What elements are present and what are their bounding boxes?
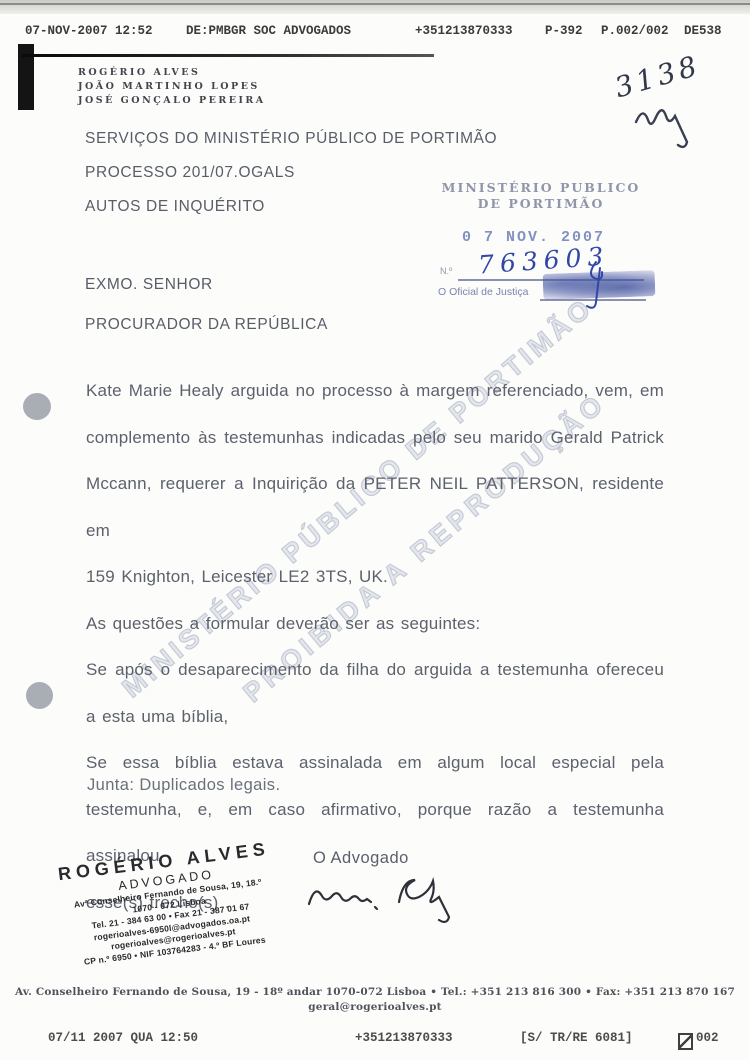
letterhead-name: JOSÉ GONÇALO PEREIRA xyxy=(78,94,266,108)
handwritten-corner-number: 3138 xyxy=(611,49,704,105)
fax-footer-ref: [S/ TR/RE 6081] xyxy=(520,1031,633,1045)
lawyer-stamp: ROGÉRIO ALVES ADVOGADO Avª Conselheiro F… xyxy=(23,833,316,974)
handwritten-initials-squiggle xyxy=(628,100,708,166)
addressee-service-line: SERVIÇOS DO MINISTÉRIO PÚBLICO DE PORTIM… xyxy=(85,130,497,148)
addressee-process-line: PROCESSO 201/07.OGALS xyxy=(85,164,295,182)
fax-header-sender: DE:PMBGR SOC ADVOGADOS xyxy=(186,24,351,38)
salutation-line1: EXMO. SENHOR xyxy=(85,276,213,294)
letterhead-names: ROGÉRIO ALVES JOÃO MARTINHO LOPES JOSÉ G… xyxy=(78,66,266,108)
hole-punch-bottom xyxy=(26,682,53,709)
letterhead-name: JOÃO MARTINHO LOPES xyxy=(78,80,266,94)
salutation-line2: PROCURADOR DA REPÚBLICA xyxy=(85,316,328,334)
fax-footer-page-number: 002 xyxy=(696,1031,719,1045)
body-line: complemento às testemunhas indicadas pel… xyxy=(86,415,664,462)
hole-punch-top xyxy=(23,393,51,420)
scan-top-line xyxy=(0,3,750,5)
letterhead-name: ROGÉRIO ALVES xyxy=(78,66,266,80)
body-line: Mccann, requerer a Inquirição da PETER N… xyxy=(86,461,664,554)
registry-stamp-org-line1: MINISTÉRIO PUBLICO xyxy=(436,180,646,196)
registry-stamp-org: MINISTÉRIO PUBLICO DE PORTIMÃO xyxy=(436,180,646,212)
scan-artifact-line xyxy=(22,54,434,57)
attachment-note: Junta: Duplicados legais. xyxy=(87,776,280,795)
fax-footer-phone: +351213870333 xyxy=(355,1031,453,1045)
page-count-icon xyxy=(678,1033,693,1050)
print-footer: Av. Conselheiro Fernando de Sousa, 19 - … xyxy=(0,986,750,1013)
registry-stamp-official-label: O Oficial de Justiça xyxy=(438,286,528,298)
fax-footer-datetime: 07/11 2007 QUA 12:50 xyxy=(48,1031,198,1045)
fax-header-p-number: P-392 xyxy=(545,24,583,38)
body-line: 159 Knighton, Leicester LE2 3TS, UK. xyxy=(86,554,664,601)
print-footer-email: geral@rogerioalves.pt xyxy=(0,1001,750,1013)
body-line: a esta uma bíblia, xyxy=(86,694,664,741)
registry-stamp-number-label: N.º xyxy=(440,266,452,276)
body-line: Se após o desaparecimento da filha do ar… xyxy=(86,647,664,694)
addressee-autos-line: AUTOS DE INQUÉRITO xyxy=(85,198,265,216)
signature-label: O Advogado xyxy=(313,849,409,868)
fax-document-page: 07-NOV-2007 12:52 DE:PMBGR SOC ADVOGADOS… xyxy=(0,0,750,1060)
fax-header-phone: +351213870333 xyxy=(415,24,513,38)
registry-stamp-org-line2: DE PORTIMÃO xyxy=(436,196,646,212)
body-line: As questões a formular deverão ser as se… xyxy=(86,601,664,648)
lawyer-signature xyxy=(303,872,478,928)
letter-body: Kate Marie Healy arguida no processo à m… xyxy=(86,368,664,926)
print-footer-address: Av. Conselheiro Fernando de Sousa, 19 - … xyxy=(0,986,750,998)
official-signature xyxy=(572,258,616,316)
fax-header-station-id: DE538 xyxy=(684,24,722,38)
body-line: Kate Marie Healy arguida no processo à m… xyxy=(86,368,664,415)
fax-header-datetime: 07-NOV-2007 12:52 xyxy=(25,24,153,38)
fax-header-page-count: P.002/002 xyxy=(601,24,669,38)
